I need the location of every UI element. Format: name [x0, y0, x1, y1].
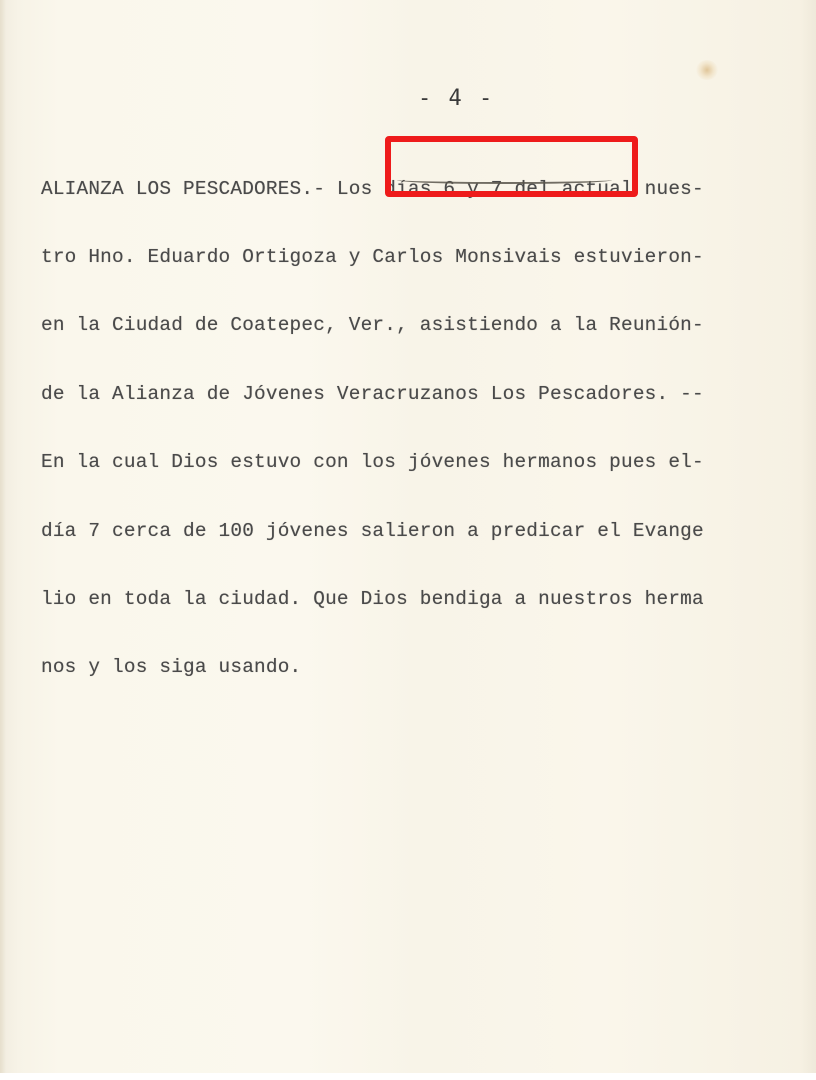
- handwritten-underline: [397, 176, 612, 184]
- text-line-3: en la Ciudad de Coatepec, Ver., asistien…: [41, 314, 801, 337]
- text-line-4: de la Alianza de Jóvenes Veracruzanos Lo…: [41, 383, 801, 406]
- typewritten-paragraph: ALIANZA LOS PESCADORES.- Los días 6 y 7 …: [41, 132, 801, 725]
- text-line-7: lio en toda la ciudad. Que Dios bendiga …: [41, 588, 801, 611]
- scanned-page: - 4 - ALIANZA LOS PESCADORES.- Los días …: [0, 0, 816, 1073]
- paper-stain: [696, 60, 718, 80]
- scan-border: [0, 1073, 816, 1080]
- text-line-2: tro Hno. Eduardo Ortigoza y Carlos Monsi…: [41, 246, 801, 269]
- text-line-8: nos y los siga usando.: [41, 656, 801, 679]
- text-line-6: día 7 cerca de 100 jóvenes salieron a pr…: [41, 520, 801, 543]
- page-number: - 4 -: [418, 86, 494, 111]
- text-line-5: En la cual Dios estuvo con los jóvenes h…: [41, 451, 801, 474]
